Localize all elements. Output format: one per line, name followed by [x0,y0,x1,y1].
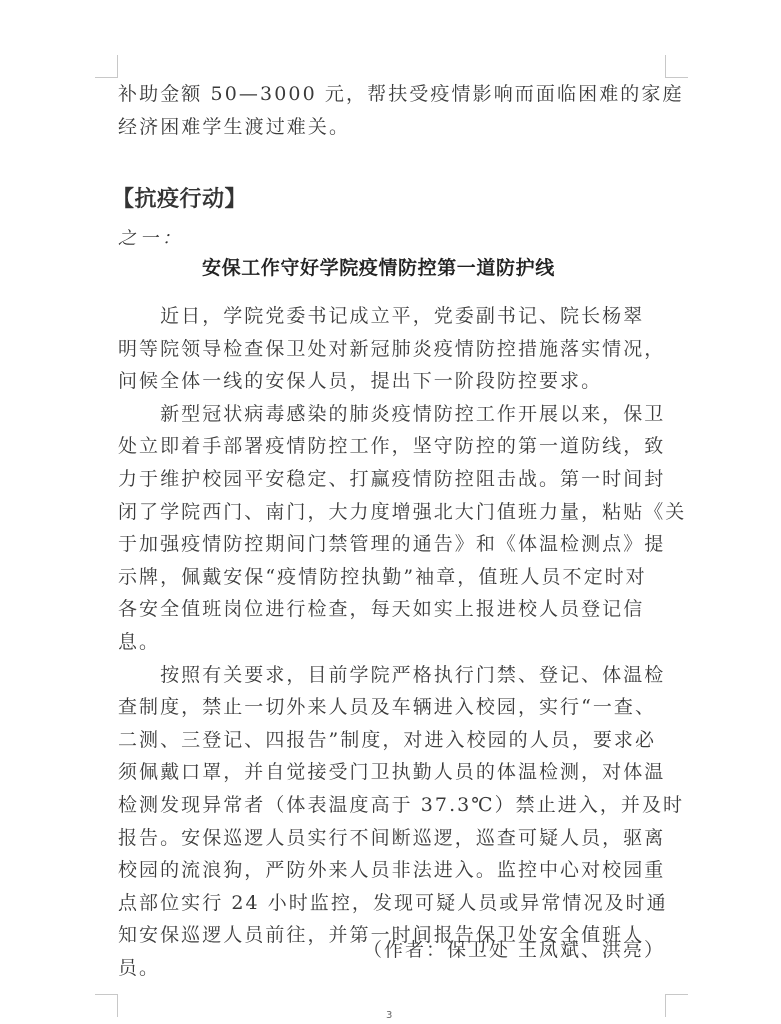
text-line: 二测、三登记、四报告”制度，对进入校园的人员，要求必 [118,724,666,757]
text-line: 息。 [118,626,666,659]
text-line: 各安全值班岗位进行检查，每天如实上报进校人员登记信 [118,593,666,626]
text-line: 明等院领导检查保卫处对新冠肺炎疫情防控措施落实情况， [118,333,666,366]
article-title: 安保工作守好学院疫情防控第一道防护线 [202,253,555,280]
section-heading: 【抗疫行动】 [112,182,247,213]
text-line: 须佩戴口罩，并自觉接受门卫执勤人员的体温检测，对体温 [118,756,666,789]
margin-corner-bottom-right [665,994,688,1017]
text-line: 力于维护校园平安稳定、打赢疫情防控阻击战。第一时间封 [118,463,666,496]
continued-paragraph: 补助金额 50—3000 元，帮扶受疫情影响而面临困难的家庭 经济困难学生渡过难… [118,78,666,144]
text-line: 点部位实行 24 小时监控，发现可疑人员或异常情况及时通 [118,887,666,920]
text-line: 闭了学院西门、南门，大力度增强北大门值班力量，粘贴《关 [118,496,666,529]
text-line: 于加强疫情防控期间门禁管理的通告》和《体温检测点》提 [118,528,666,561]
text-line: 校园的流浪狗，严防外来人员非法进入。监控中心对校园重 [118,854,666,887]
page-number: 3 [386,1010,392,1021]
text-line: 查制度，禁止一切外来人员及车辆进入校园，实行“一查、 [118,691,666,724]
paragraph-1: 近日，学院党委书记成立平，党委副书记、院长杨翠 明等院领导检查保卫处对新冠肺炎疫… [118,300,666,398]
text-line: 问候全体一线的安保人员，提出下一阶段防控要求。 [118,365,666,398]
text-line: 按照有关要求，目前学院严格执行门禁、登记、体温检 [118,659,666,692]
text-line: 处立即着手部署疫情防控工作，坚守防控的第一道防线，致 [118,430,666,463]
text-line: 补助金额 50—3000 元，帮扶受疫情影响而面临困难的家庭 [118,78,666,111]
text-line: 近日，学院党委书记成立平，党委副书记、院长杨翠 [118,300,666,333]
text-line: 检测发现异常者（体表温度高于 37.3℃）禁止进入，并及时 [118,789,666,822]
text-line: 报告。安保巡逻人员实行不间断巡逻，巡查可疑人员，驱离 [118,822,666,855]
paragraph-2: 新型冠状病毒感染的肺炎疫情防控工作开展以来，保卫 处立即着手部署疫情防控工作，坚… [118,398,666,659]
sub-label: 之一： [118,224,184,250]
margin-corner-top-left [95,55,118,78]
text-line: 示牌，佩戴安保“疫情防控执勤”袖章，值班人员不定时对 [118,561,666,594]
margin-corner-bottom-left [95,994,118,1017]
article-body: 近日，学院党委书记成立平，党委副书记、院长杨翠 明等院领导检查保卫处对新冠肺炎疫… [118,300,666,984]
margin-corner-top-right [665,55,688,78]
text-line: 新型冠状病毒感染的肺炎疫情防控工作开展以来，保卫 [118,398,666,431]
byline: （作者：保卫处 王凤斌、洪亮） [363,935,665,962]
text-line: 经济困难学生渡过难关。 [118,111,666,144]
